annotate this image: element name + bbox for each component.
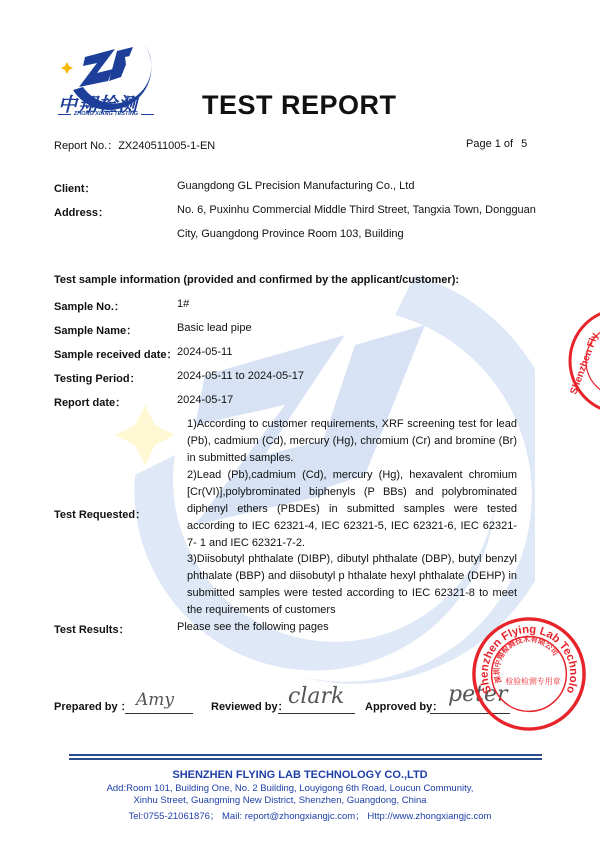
prepared-by-signature: Amy bbox=[136, 690, 174, 710]
test-results-label: Test Results： bbox=[54, 621, 130, 637]
footer-company-name: SHENZHEN FLYING LAB TECHNOLOGY CO.,LTD bbox=[0, 769, 600, 781]
address-label: Address： bbox=[54, 204, 109, 220]
company-stamp: Shenzhen Flying Lab Technology Co., Ltd.… bbox=[470, 615, 588, 733]
received-date-value: 2024-05-11 bbox=[177, 346, 232, 358]
address-line-2: City, Guangdong Province Room 103, Build… bbox=[177, 228, 404, 240]
test-requested-item-3: 3)Diisobutyl phthalate (DIBP), dibutyl p… bbox=[187, 551, 517, 619]
prepared-by-label: Prepared by ： bbox=[54, 698, 132, 714]
approved-by-label: Approved by： bbox=[365, 698, 443, 714]
test-requested-item-2: 2)Lead (Pb),cadmium (Cd), mercury (Hg), … bbox=[187, 467, 517, 552]
footer-address-line-1: Add:Room 101, Building One, No. 2 Buildi… bbox=[0, 783, 590, 794]
prepared-by-line bbox=[125, 713, 193, 714]
edge-stamp: Shenzhen Fly bbox=[566, 305, 600, 417]
sample-info-heading: Test sample information (provided and co… bbox=[54, 274, 459, 286]
footer-rule-bottom bbox=[69, 758, 542, 760]
report-title: TEST REPORT bbox=[202, 90, 397, 121]
sample-name-label: Sample Name： bbox=[54, 322, 137, 338]
report-number-value: ZX240511005-1-EN bbox=[118, 140, 215, 152]
footer-address-line-2: Xinhu Street, Guangming New District, Sh… bbox=[0, 795, 580, 806]
report-date-label: Report date： bbox=[54, 394, 126, 410]
sample-no-value: 1# bbox=[177, 298, 189, 310]
sample-no-label: Sample No.： bbox=[54, 298, 125, 314]
report-date-value: 2024-05-17 bbox=[177, 394, 233, 406]
logo-english-name: ZHONG XIANG TESTING bbox=[58, 111, 154, 117]
page-total: 5 bbox=[521, 138, 527, 150]
page-indicator: Page 1 of5 bbox=[466, 138, 527, 150]
report-number: Report No.：ZX240511005-1-EN bbox=[54, 137, 215, 153]
reviewed-by-label: Reviewed by： bbox=[211, 698, 289, 714]
test-requested-label: Test Requested： bbox=[54, 506, 146, 522]
testing-period-value: 2024-05-11 to 2024-05-17 bbox=[177, 370, 304, 382]
client-label: Client： bbox=[54, 180, 96, 196]
test-requested-item-1: 1)According to customer requirements, XR… bbox=[187, 416, 517, 467]
page-label: Page 1 of bbox=[466, 138, 513, 150]
footer-contact: Tel:0755-21061876； Mail: report@zhongxia… bbox=[10, 808, 600, 822]
sample-name-value: Basic lead pipe bbox=[177, 322, 252, 334]
test-results-value: Please see the following pages bbox=[177, 621, 329, 633]
reviewed-by-line bbox=[278, 713, 355, 714]
received-date-label: Sample received date： bbox=[54, 346, 178, 362]
report-number-label: Report No.： bbox=[54, 140, 118, 152]
reviewed-by-signature: clark bbox=[288, 684, 344, 709]
address-line-1: No. 6, Puxinhu Commercial Middle Third S… bbox=[177, 204, 536, 216]
svg-text:检验检测专用章: 检验检测专用章 bbox=[505, 676, 560, 686]
client-value: Guangdong GL Precision Manufacturing Co.… bbox=[177, 180, 414, 192]
testing-period-label: Testing Period： bbox=[54, 370, 141, 386]
footer-rule-top bbox=[69, 754, 542, 756]
